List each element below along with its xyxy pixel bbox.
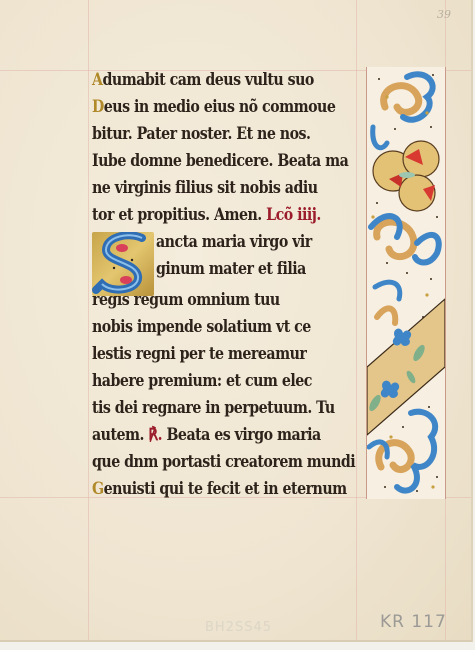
text-line: bitur. Pater noster. Et ne nos. xyxy=(92,124,310,144)
gold-initial: D xyxy=(92,97,104,116)
text-line: tor et propitius. Amen. Lcõ iiij. xyxy=(92,205,321,225)
text-line: habere premium: et cum elec xyxy=(92,371,312,391)
shelfmark-label: KR 117 xyxy=(380,612,447,632)
text-line: ne virginis filius sit nobis adiu xyxy=(92,178,318,198)
decorated-initial-s xyxy=(92,232,154,296)
text-line: Genuisti qui te fecit et in eternum xyxy=(92,479,347,499)
text-line: autem. ℟. Beata es virgo maria xyxy=(92,425,321,445)
rubric-lectio: Lcõ iiij. xyxy=(266,205,321,224)
text-line: lestis regni per te mereamur xyxy=(92,344,306,364)
text-line: que dnm portasti creatorem mundi xyxy=(92,452,355,472)
text-line: Adumabit cam deus vultu suo xyxy=(92,70,314,90)
ruling-line-left xyxy=(88,0,89,640)
initial-s-icon xyxy=(92,232,154,296)
gold-initial: G xyxy=(92,479,104,498)
gold-initial: A xyxy=(92,70,102,89)
folio-number: 39 xyxy=(437,8,451,21)
rubric-response: ℟. xyxy=(148,425,162,444)
acanthus-border-icon xyxy=(367,67,445,499)
ruling-line-right xyxy=(356,0,357,640)
text-line: Iube domne benedicere. Beata ma xyxy=(92,151,348,171)
text-line: Deus in medio eius nõ commoue xyxy=(92,97,335,117)
illuminated-border xyxy=(366,67,446,499)
text-line: ginum mater et filia xyxy=(156,259,306,279)
text-line: nobis impende solatium vt ce xyxy=(92,317,311,337)
text-line: ancta maria virgo vir xyxy=(156,232,312,252)
faint-stamp: BH2SS45 xyxy=(205,620,272,635)
text-line: tis dei regnare in perpetuum. Tu xyxy=(92,398,335,418)
